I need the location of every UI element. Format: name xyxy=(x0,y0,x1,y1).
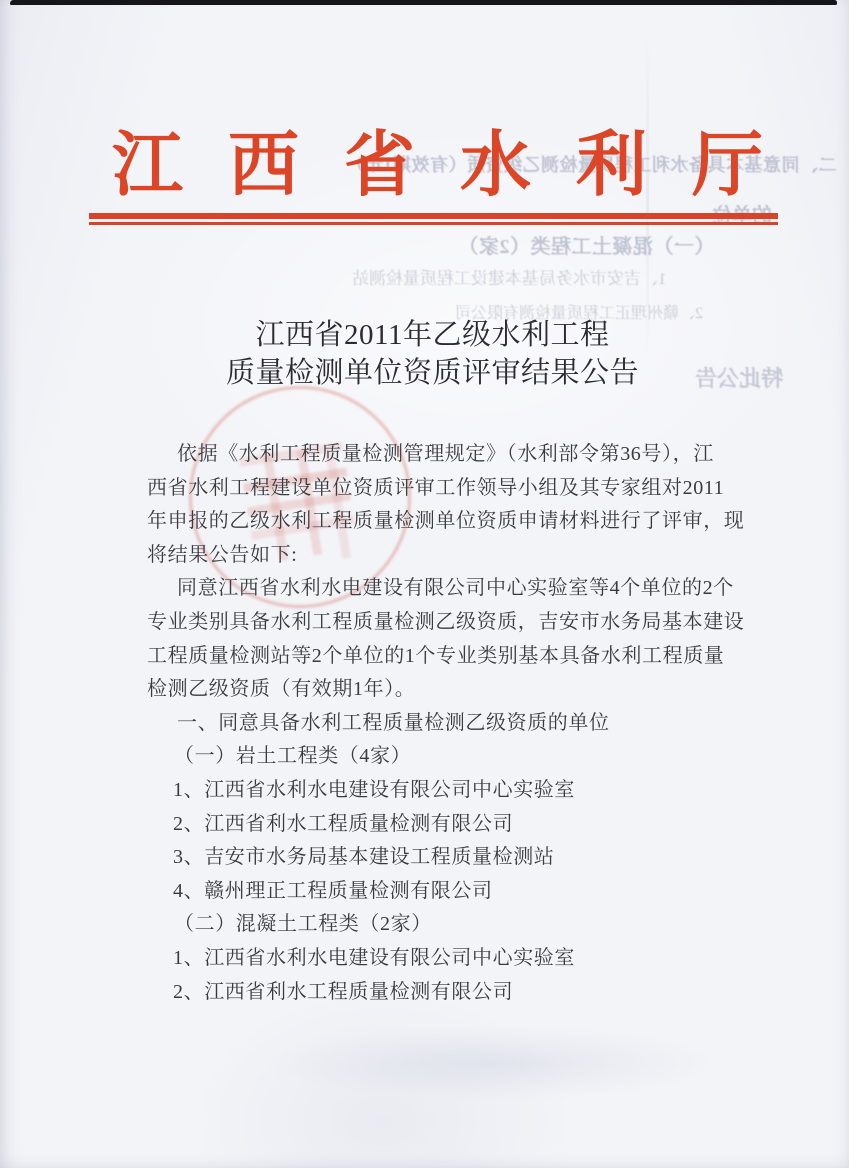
body-line: 2、江西省利水工程质量检测有限公司 xyxy=(173,811,513,837)
bleedthrough-ghost-text: 1、吉安市水务局基本建设工程质量检测站 xyxy=(352,264,667,289)
body-line: 年申报的乙级水利工程质量检测单位资质申请材料进行了评审，现 xyxy=(147,508,744,534)
agency-letterhead: 江西省水利厅 xyxy=(112,126,808,206)
body-line: 1、江西省水利水电建设有限公司中心实验室 xyxy=(173,777,575,803)
body-line: 同意江西省水利水电建设有限公司中心实验室等4个单位的2个 xyxy=(177,575,734,601)
body-line: 依据《水利工程质量检测管理规定》（水利部令第36号），江 xyxy=(177,441,714,467)
body-line: 西省水利工程建设单位资质评审工作领导小组及其专家组对2011 xyxy=(147,475,724,501)
body-line: 工程质量检测站等2个单位的1个专业类别基本具备水利工程质量 xyxy=(147,643,724,669)
rule-thin-line xyxy=(89,222,778,225)
document-title-line2: 质量检测单位资质评审结果公告 xyxy=(8,354,849,392)
document-body: 依据《水利工程质量检测管理规定》（水利部令第36号），江西省水利工程建设单位资质… xyxy=(147,441,812,1016)
body-line: 专业类别具备水利工程质量检测乙级资质，吉安市水务局基本建设 xyxy=(147,609,744,635)
body-line: 将结果公告如下: xyxy=(147,542,297,568)
bleedthrough-ghost-text: （一）混凝土工程类（2家） xyxy=(458,230,715,259)
document-title-line1: 江西省2011年乙级水利工程 xyxy=(8,316,849,354)
body-line: 3、吉安市水务局基本建设工程质量检测站 xyxy=(173,844,554,870)
document-title: 江西省2011年乙级水利工程 质量检测单位资质评审结果公告 xyxy=(8,316,849,392)
body-line: 4、赣州理正工程质量检测有限公司 xyxy=(173,878,493,904)
rule-thick-line xyxy=(89,213,778,219)
red-double-rule xyxy=(89,213,778,225)
body-line: 一、同意具备水利工程质量检测乙级资质的单位 xyxy=(177,710,610,736)
body-line: 检测乙级资质（有效期1年）。 xyxy=(147,676,415,702)
body-line: （二）混凝土工程类（2家） xyxy=(174,911,432,937)
body-line: 1、江西省水利水电建设有限公司中心实验室 xyxy=(173,945,575,971)
body-line: （一）岩土工程类（4家） xyxy=(174,743,411,769)
body-line: 2、江西省利水工程质量检测有限公司 xyxy=(173,979,513,1005)
scanned-page: 二、同意基本具备水利工程质量检测乙级资质（有效期1年）的单位（一）混凝土工程类（… xyxy=(0,0,849,1168)
